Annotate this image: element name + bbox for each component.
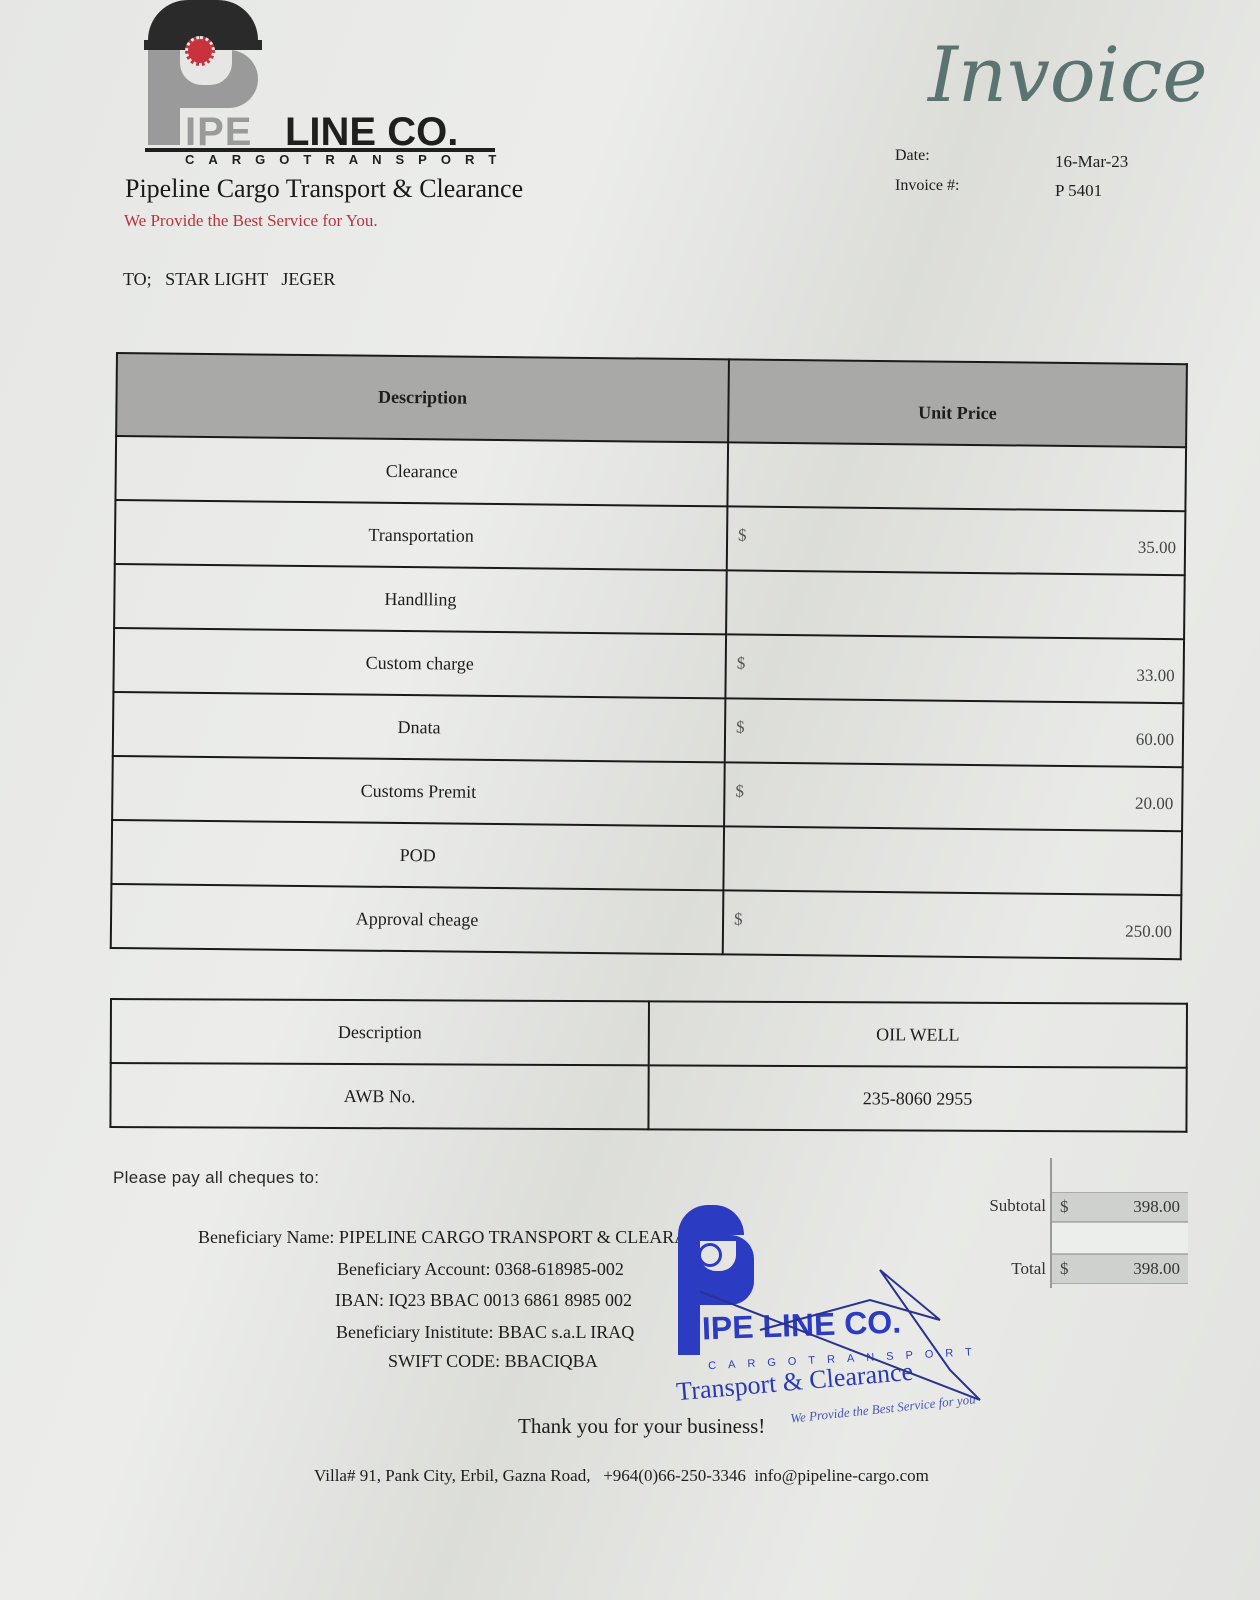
item-amount: 60.00 [1136,730,1174,750]
payment-heading: Please pay all cheques to: [113,1168,319,1188]
item-currency: $ [737,654,746,674]
shipment-value: 235-8060 2955 [648,1065,1186,1131]
date-label: Date: [895,147,930,165]
item-description: Clearance [115,436,728,506]
subtotal-currency: $ [1060,1197,1069,1217]
shipment-info-table: DescriptionOIL WELLAWB No.235-8060 2955 [109,998,1188,1133]
column-header-unit-price: Unit Price [728,359,1187,447]
shipment-label: Description [111,999,649,1065]
totals-spacer [1052,1222,1188,1254]
item-unit-price: $20.00 [724,762,1183,831]
item-unit-price: $250.00 [723,890,1182,959]
total-value: 398.00 [1133,1259,1180,1279]
item-description: Handlling [114,564,727,634]
gear-icon [148,0,258,40]
logo-subline: CARGOTRANSPORT [185,152,510,167]
recipient-name: STAR LIGHT JEGER [165,269,335,289]
item-amount: 20.00 [1135,794,1173,814]
item-description: Customs Premit [112,756,725,826]
beneficiary-account: Beneficiary Account: 0368-618985-002 [337,1259,624,1280]
invoice-number-value: P 5401 [1055,181,1102,201]
table-header-row: Description Unit Price [116,353,1187,447]
date-value: 16-Mar-23 [1055,152,1128,172]
table-row: Handlling [114,564,1185,639]
item-unit-price: $60.00 [725,698,1184,767]
beneficiary-name: Beneficiary Name: PIPELINE CARGO TRANSPO… [198,1227,723,1248]
table-row: Transportation$35.00 [115,500,1186,575]
total-box: $ 398.00 [1052,1254,1188,1284]
table-row: Custom charge$33.00 [113,628,1184,703]
iban: IBAN: IQ23 BBAC 0013 6861 8985 002 [335,1290,632,1311]
column-header-description: Description [116,353,729,442]
item-description: Transportation [115,500,728,570]
item-description: Custom charge [113,628,726,698]
table-row: Dnata$60.00 [113,692,1184,767]
item-currency: $ [738,526,747,546]
item-description: Dnata [113,692,726,762]
company-logo: IPE LINE CO. CARGOTRANSPORT [140,0,510,175]
item-description: Approval cheage [111,884,724,954]
table-row: Clearance [115,436,1186,511]
signature [700,1260,1000,1420]
item-description: POD [111,820,724,890]
item-amount: 33.00 [1136,666,1174,686]
line-items-table: Description Unit Price ClearanceTranspor… [110,352,1188,960]
subtotal-box: $ 398.00 [1052,1192,1188,1222]
item-unit-price [727,442,1186,511]
document-title: Invoice [928,30,1208,119]
table-row: POD [111,820,1182,895]
recipient-line: TO; STAR LIGHT JEGER [123,269,335,290]
invoice-number-label: Invoice #: [895,177,959,195]
item-unit-price [723,826,1182,895]
beneficiary-institute: Beneficiary Inistitute: BBAC s.a.L IRAQ [336,1322,634,1343]
shipment-label: AWB No. [110,1063,648,1129]
thank-you-message: Thank you for your business! [518,1414,765,1439]
item-unit-price [726,570,1185,639]
company-name: Pipeline Cargo Transport & Clearance [125,174,523,204]
table-row: AWB No.235-8060 2955 [110,1063,1186,1132]
item-amount: 35.00 [1138,538,1176,558]
recipient-prefix: TO; [123,269,152,289]
subtotal-value: 398.00 [1133,1197,1180,1217]
item-amount: 250.00 [1125,922,1172,942]
company-tagline: We Provide the Best Service for You. [124,211,378,231]
total-currency: $ [1060,1259,1069,1279]
item-currency: $ [735,782,744,802]
red-gear-icon [185,36,215,66]
footer-contact: Villa# 91, Pank City, Erbil, Gazna Road,… [314,1466,929,1486]
table-row: Customs Premit$20.00 [112,756,1183,831]
item-unit-price: $33.00 [725,634,1184,703]
item-currency: $ [734,910,743,930]
shipment-value: OIL WELL [649,1001,1187,1067]
table-row: Approval cheage$250.00 [111,884,1182,959]
item-currency: $ [736,718,745,738]
swift-code: SWIFT CODE: BBACIQBA [388,1351,598,1372]
table-row: DescriptionOIL WELL [111,999,1187,1068]
item-unit-price: $35.00 [727,506,1186,575]
stamp-gear-icon [678,1205,744,1235]
